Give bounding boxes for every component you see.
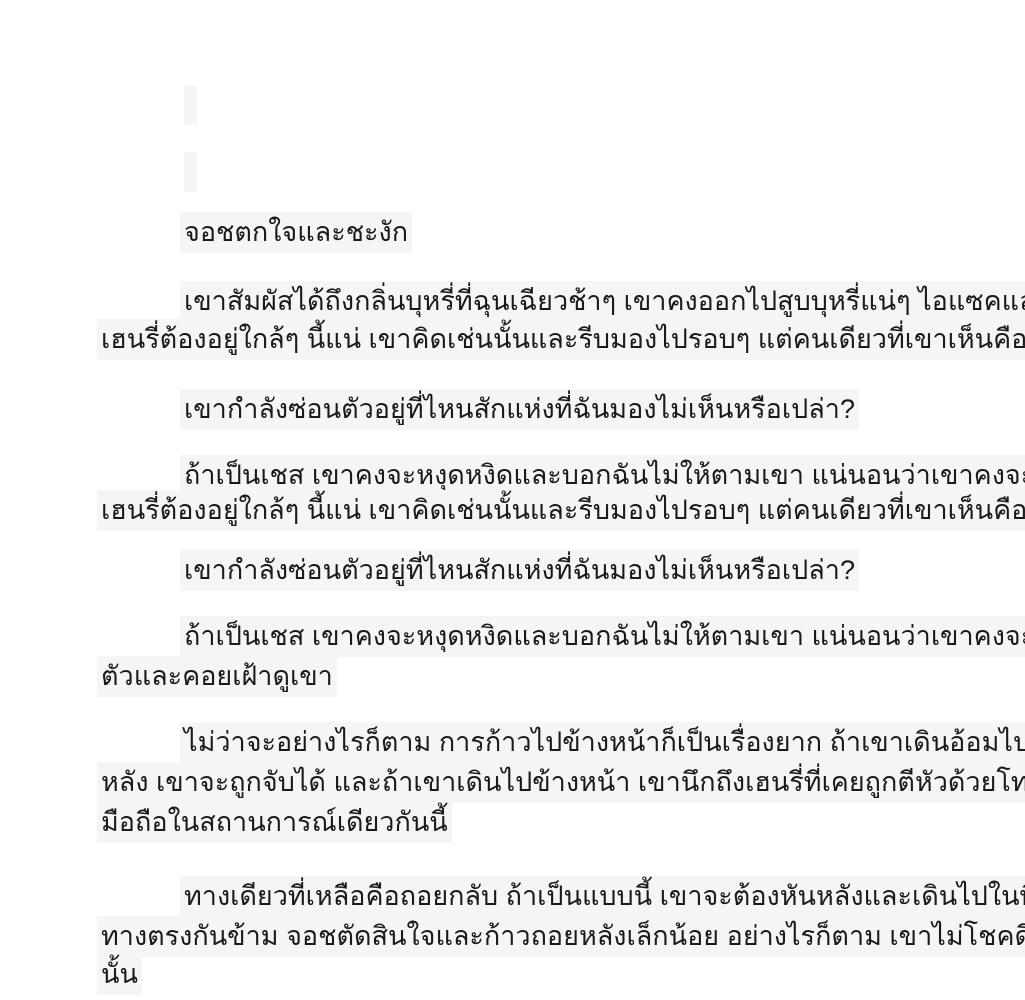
paragraph-line: ทางตรงกันข้าม จอชตัดสินใจและก้าวถอยหลังเ… [97, 916, 1025, 957]
paragraph-line: ถ้าเป็นเชส เขาคงจะหงุดหงิดและบอกฉันไม่ให… [180, 616, 1025, 657]
paragraph-line: เขากำลังซ่อนตัวอยู่ที่ไหนสักแห่งที่ฉันมอ… [180, 389, 859, 430]
paragraph-line: ไม่ว่าจะอย่างไรก็ตาม การก้าวไปข้างหน้าก็… [180, 722, 1025, 763]
highlighted-empty-line [184, 86, 197, 125]
paragraph-line: หลัง เขาจะถูกจับได้ และถ้าเขาเดินไปข้างห… [97, 762, 1025, 803]
paragraph-line: เฮนรี่ต้องอยู่ใกล้ๆ นี้แน่ เขาคิดเช่นนั้… [97, 490, 1025, 531]
paragraph-line: เขาสัมผัสได้ถึงกลิ่นบุหรี่ที่ฉุนเฉียวช้า… [180, 281, 1025, 322]
paragraph-line: มือถือในสถานการณ์เดียวกันนี้ [97, 802, 452, 843]
paragraph-line: นั้น [97, 954, 142, 995]
paragraph-line: ทางเดียวที่เหลือคือถอยกลับ ถ้าเป็นแบบนี้… [180, 876, 1025, 917]
paragraph-line: เขากำลังซ่อนตัวอยู่ที่ไหนสักแห่งที่ฉันมอ… [180, 550, 859, 591]
paragraph-line: จอชตกใจและชะงัก [180, 212, 412, 253]
novel-reader-page: จอชตกใจและชะงัก เขาสัมผัสได้ถึงกลิ่นบุหร… [0, 0, 1025, 1000]
highlighted-empty-line [184, 152, 197, 192]
paragraph-line: ตัวและคอยเฝ้าดูเขา [97, 656, 337, 697]
paragraph-line: เฮนรี่ต้องอยู่ใกล้ๆ นี้แน่ เขาคิดเช่นนั้… [97, 319, 1025, 360]
